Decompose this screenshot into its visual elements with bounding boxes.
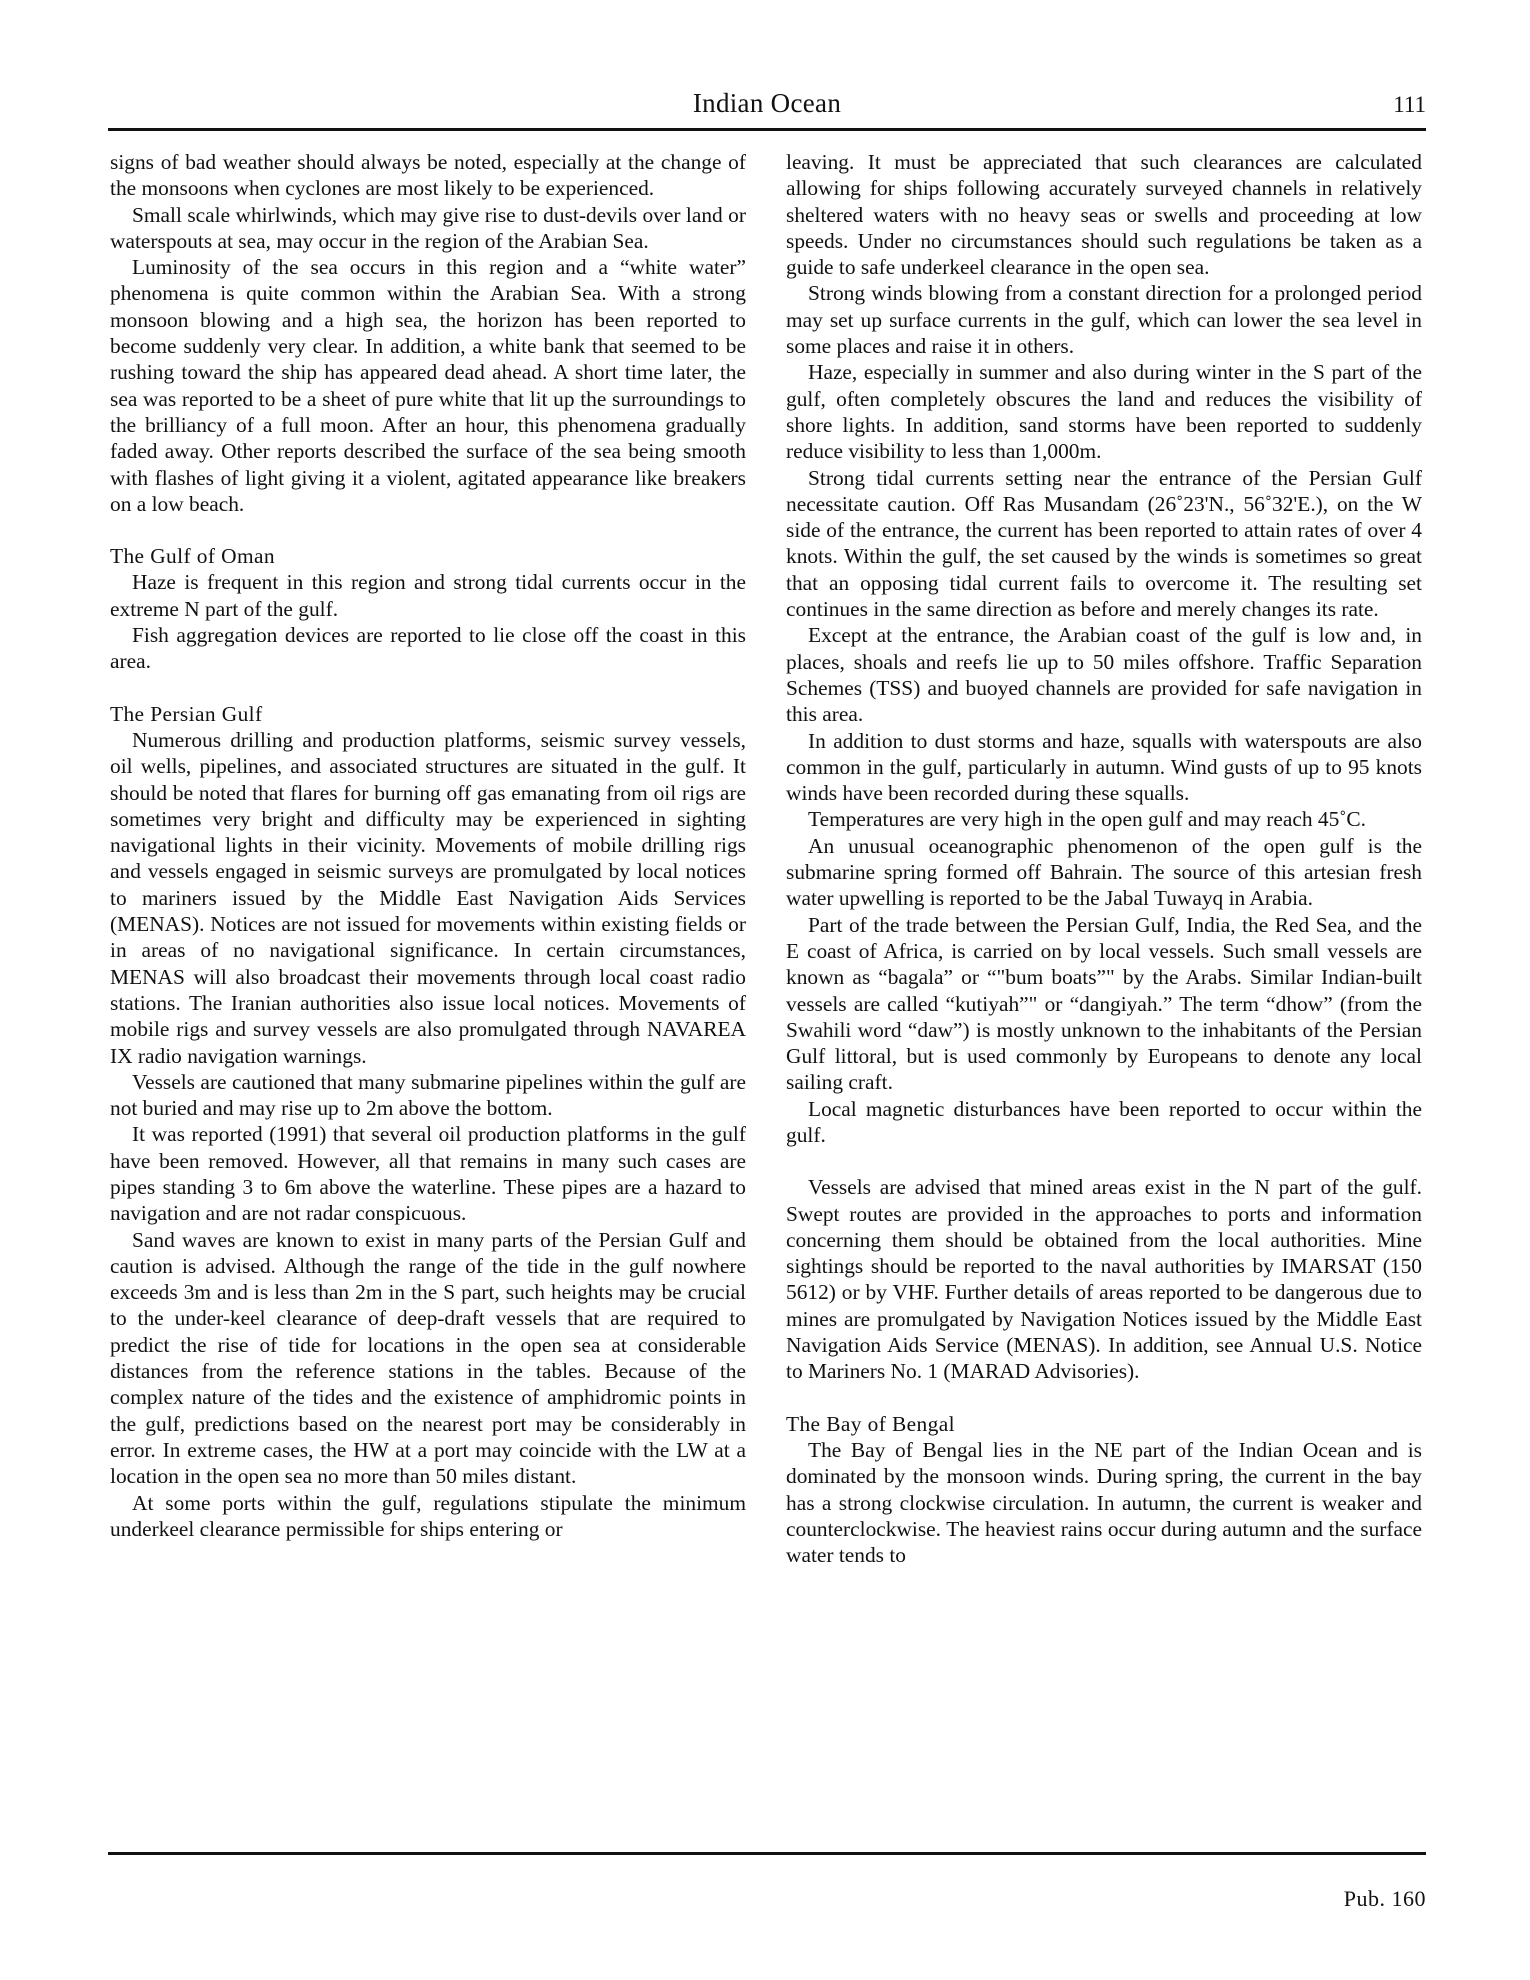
section-heading-persian-gulf: The Persian Gulf [110,701,746,727]
paragraph: An unusual oceanographic phenomenon of t… [786,833,1422,912]
footer-rule [108,1852,1426,1855]
paragraph: Local magnetic disturbances have been re… [786,1096,1422,1149]
paragraph: Haze is frequent in this region and stro… [110,569,746,622]
paragraph: Sand waves are known to exist in many pa… [110,1227,746,1490]
left-column: signs of bad weather should always be no… [110,149,746,1542]
section-heading-bay-of-bengal: The Bay of Bengal [786,1411,1422,1437]
right-column: leaving. It must be appreciated that suc… [786,149,1422,1568]
paragraph: Vessels are cautioned that many submarin… [110,1069,746,1122]
page-number: 111 [1393,92,1426,118]
paragraph: Strong tidal currents setting near the e… [786,465,1422,623]
running-title: Indian Ocean [108,88,1426,119]
paragraph: The Bay of Bengal lies in the NE part of… [786,1437,1422,1568]
spacer [786,1148,1422,1174]
paragraph: Except at the entrance, the Arabian coas… [786,622,1422,727]
paragraph: Luminosity of the sea occurs in this reg… [110,254,746,517]
paragraph: signs of bad weather should always be no… [110,149,746,202]
publication-label: Pub. 160 [1344,1886,1426,1912]
page-header: Indian Ocean 111 [108,84,1426,124]
section-heading-gulf-of-oman: The Gulf of Oman [110,543,746,569]
paragraph: Fish aggregation devices are reported to… [110,622,746,675]
paragraph: At some ports within the gulf, regulatio… [110,1490,746,1543]
paragraph: leaving. It must be appreciated that suc… [786,149,1422,280]
paragraph: It was reported (1991) that several oil … [110,1121,746,1226]
paragraph: Vessels are advised that mined areas exi… [786,1174,1422,1384]
paragraph: Strong winds blowing from a constant dir… [786,280,1422,359]
paragraph: Numerous drilling and production platfor… [110,727,746,1069]
paragraph: Temperatures are very high in the open g… [786,806,1422,832]
paragraph: Small scale whirlwinds, which may give r… [110,202,746,255]
paragraph: In addition to dust storms and haze, squ… [786,728,1422,807]
paragraph: Haze, especially in summer and also duri… [786,359,1422,464]
paragraph: Part of the trade between the Persian Gu… [786,912,1422,1096]
header-rule [108,128,1426,131]
